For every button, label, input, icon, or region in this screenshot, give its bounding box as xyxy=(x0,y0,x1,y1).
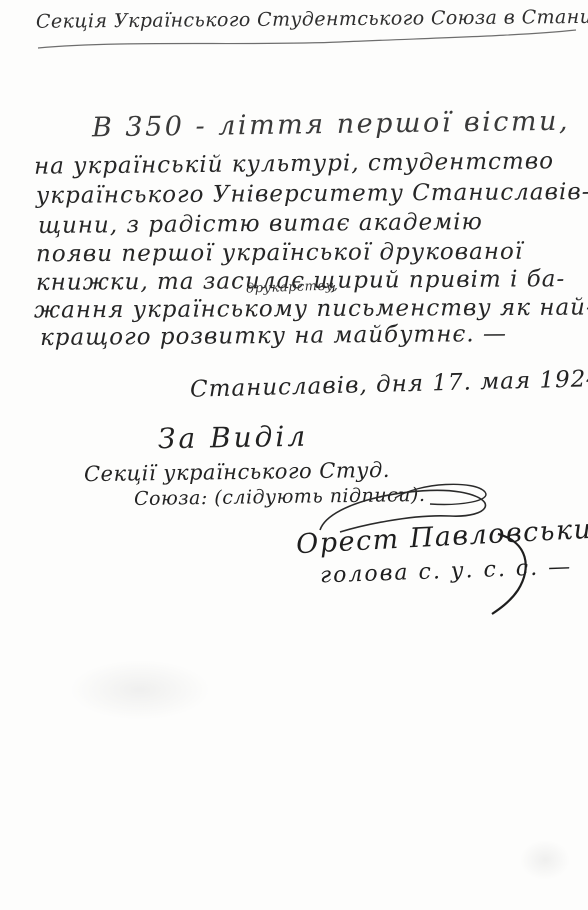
body-line-3: українського Університету Станиславів- xyxy=(36,180,588,209)
paper-smudge xyxy=(520,840,570,880)
body-line-8: кращого розвитку на майбутнє. — xyxy=(40,322,507,351)
paper-smudge xyxy=(70,660,210,720)
signature-block-line-2: Секції українського Студ. xyxy=(84,459,390,486)
scanned-handwritten-letter: Секція Українського Студентського Союза … xyxy=(0,0,588,910)
interlinear-insertion: друкарству, xyxy=(246,279,339,297)
signature-block-line-3: Союза: (слідують підписи). xyxy=(134,485,426,510)
signature-block-line-1: За Виділ xyxy=(158,422,309,455)
dateline: Станиславів, дня 17. мая 1924. – xyxy=(190,366,588,403)
body-line-1: В 350 - ліття першої вісти, xyxy=(92,107,570,143)
signature-name: Орест Павловський xyxy=(295,514,588,560)
body-line-7: жання українському письменству як най- xyxy=(34,296,588,324)
body-line-4: щини, з радістю витає академію xyxy=(38,210,483,239)
body-line-2: на українській культурі, студентство xyxy=(34,149,554,180)
body-line-5: появи першої української друкованої xyxy=(36,240,523,268)
letterhead-text: Секція Українського Студентського Союза … xyxy=(36,6,588,32)
signature-title: голова с. у. с. с. — xyxy=(320,556,573,589)
